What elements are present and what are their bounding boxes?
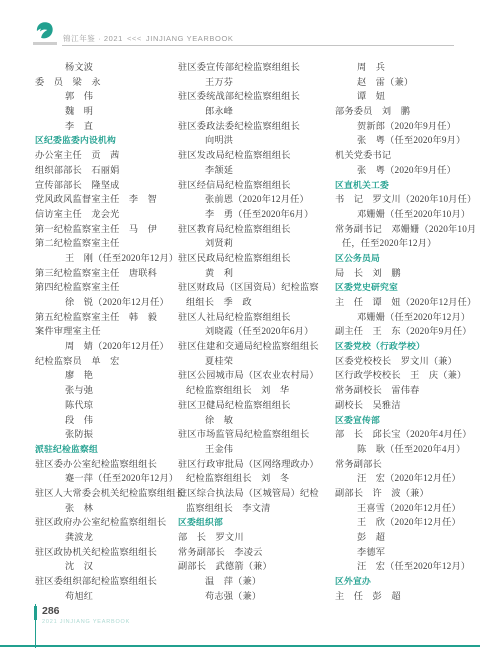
entry-line: 郭 伟	[35, 89, 187, 104]
section-heading: 派驻纪检监察组	[35, 442, 187, 457]
entry-line: 驻区行政审批局（区网络理政办）	[178, 457, 334, 472]
entry-line: 杨文波	[35, 60, 187, 75]
footer-caption: 2021 JINJIANG YEARBOOK	[42, 619, 130, 625]
text-column-right: 周 兵赵 雷（兼）谭 妞部务委员 刘 鹏贺新郎（2020年9月任）张 粤（任至2…	[335, 60, 475, 603]
entry-line: 邓姗姗（任至2020年12月）	[335, 310, 475, 325]
entry-line: 驻区公园城市局（区农业农村局）	[178, 368, 334, 383]
entry-line: 李 勇（任至2020年6月）	[178, 207, 334, 222]
entry-line: 驻区教育局纪检监察组组长	[178, 222, 334, 237]
entry-line: 汪 宏（任至2020年12月）	[335, 559, 475, 574]
header-title-zh: 锦江年鉴 · 2021	[63, 34, 123, 43]
entry-line: 温 萍（兼）	[178, 574, 334, 589]
entry-line: 驻区委政法委纪检监察组组长	[178, 119, 334, 134]
text-column-left: 杨文波委 员 梁 永郭 伟魏 明李 直区纪委监委内设机构办公室主任 贡 茜组织部…	[35, 60, 187, 603]
entry-line: 张与弛	[35, 383, 187, 398]
entry-line: 王 刚（任至2020年12月）	[35, 251, 187, 266]
entry-line: 部 长 罗文川	[178, 530, 334, 545]
entry-line: 党风政风监督室主任 李 智	[35, 192, 187, 207]
entry-line: 监察组组长 李文清	[178, 501, 334, 516]
page-number-bar	[34, 606, 37, 620]
entry-line: 驻区委办公室纪检监察组组长	[35, 457, 187, 472]
section-heading: 区外宣办	[335, 574, 475, 589]
entry-line: 驻区民政局纪检监察组组长	[178, 251, 334, 266]
entry-line: 区行政学校校长 王 庆（兼）	[335, 368, 475, 383]
entry-line: 段 伟	[35, 413, 187, 428]
entry-line: 贺新郎（2020年9月任）	[335, 119, 475, 134]
entry-line: 组组长 季 政	[178, 295, 334, 310]
header-rule	[62, 45, 454, 46]
entry-line: 徐 敏	[178, 413, 334, 428]
entry-line: 龚波龙	[35, 530, 187, 545]
entry-line: 驻区政协机关纪检监察组组长	[35, 545, 187, 560]
entry-line: 陈代琼	[35, 398, 187, 413]
entry-line: 纪检监察组组长 刘 华	[178, 383, 334, 398]
header-title-en: JINJIANG YEARBOOK	[146, 34, 234, 43]
entry-line: 第三纪检监察室主任 唐联科	[35, 266, 187, 281]
entry-line: 主 任 彭 超	[335, 589, 475, 604]
entry-line: 部 长 邱长宝（2020年4月任）	[335, 427, 475, 442]
entry-line: 黄 利	[178, 266, 334, 281]
entry-line: 第五纪检监察室主任 韩 毅	[35, 310, 187, 325]
entry-line: 驻区委统战部纪检监察组组长	[178, 89, 334, 104]
entry-line: 驻区财政局（区国资局）纪检监察	[178, 280, 334, 295]
entry-line: 张防振	[35, 427, 187, 442]
entry-line: 部务委员 刘 鹏	[335, 104, 475, 119]
entry-line: 彭 超	[335, 530, 475, 545]
entry-line: 刘贤莉	[178, 236, 334, 251]
entry-line: 王万芬	[178, 75, 334, 90]
entry-line: 赵 雷（兼）	[335, 75, 475, 90]
entry-line: 主 任 谭 妞（2020年12月任）	[335, 295, 475, 310]
entry-line: 副部长 武德箭（兼）	[178, 559, 334, 574]
page-header-title: 锦江年鉴 · 2021<<<JINJIANG YEARBOOK	[63, 33, 234, 44]
entry-line: 机关党委书记	[335, 148, 475, 163]
entry-line: 周 兵	[335, 60, 475, 75]
entry-line: 驻区委宣传部纪检监察组组长	[178, 60, 334, 75]
entry-line: 谭 妞	[335, 89, 475, 104]
entry-line: 汪 宏（2020年12月任）	[335, 471, 475, 486]
entry-line: 纪检监察员 单 宏	[35, 354, 187, 369]
section-heading: 区直机关工委	[335, 178, 475, 193]
entry-line: 委 员 梁 永	[35, 75, 187, 90]
entry-line: 驻区人社局纪检监察组组长	[178, 310, 334, 325]
entry-line: 王喜雪（2020年12月任）	[335, 501, 475, 516]
entry-line: 驻区政府办公室纪检监察组组长	[35, 515, 187, 530]
page-header: 锦江年鉴 · 2021<<<JINJIANG YEARBOOK	[0, 0, 480, 50]
entry-line: 案件审理室主任	[35, 324, 187, 339]
entry-line: 周 婧（2020年12月任）	[35, 339, 187, 354]
section-heading: 区纪委监委内设机构	[35, 133, 187, 148]
entry-line: 常务副部长 李凌云	[178, 545, 334, 560]
entry-line: 第四纪检监察室主任	[35, 280, 187, 295]
entry-line: 蹇一萍（任至2020年12月）	[35, 471, 187, 486]
entry-line: 纪检监察组组长 刘 冬	[178, 471, 334, 486]
entry-line: 驻区委组织部纪检监察组组长	[35, 574, 187, 589]
entry-line: 沈 汉	[35, 559, 187, 574]
entry-line: 张前恩（2020年12月任）	[178, 192, 334, 207]
entry-line: 魏 明	[35, 104, 187, 119]
section-heading: 区委党史研究室	[335, 280, 475, 295]
section-heading: 区委宣传部	[335, 413, 475, 428]
entry-line: 任，任至2020年12月）	[335, 236, 475, 251]
entry-line: 张 粤（任至2020年9月）	[335, 133, 475, 148]
entry-line: 驻区住建和交通局纪检监察组组长	[178, 339, 334, 354]
entry-line: 张 粤（2020年9月任）	[335, 163, 475, 178]
entry-line: 向明洪	[178, 133, 334, 148]
entry-line: 邓姗姗（任至2020年10月）	[335, 207, 475, 222]
entry-line: 郎永峰	[178, 104, 334, 119]
entry-line: 王 欣（2020年12月任）	[335, 515, 475, 530]
entry-line: 李颔延	[178, 163, 334, 178]
entry-line: 苟志强（兼）	[178, 589, 334, 604]
entry-line: 李德军	[335, 545, 475, 560]
entry-line: 宣传部部长 隆坚成	[35, 178, 187, 193]
section-heading: 区委组织部	[178, 515, 334, 530]
entry-line: 书 记 罗文川（2020年10月任）	[335, 192, 475, 207]
entry-line: 驻区市场监管局纪检监察组组长	[178, 427, 334, 442]
entry-line: 区委党校校长 罗文川（兼）	[335, 354, 475, 369]
entry-line: 刘晓霞（任至2020年6月）	[178, 324, 334, 339]
entry-line: 徐 锐（2020年12月任）	[35, 295, 187, 310]
entry-line: 驻区人大常委会机关纪检监察组组长	[35, 486, 187, 501]
header-title-separator: <<<	[127, 34, 142, 43]
entry-line: 局 长 刘 鹏	[335, 266, 475, 281]
page-number: 286	[42, 605, 60, 617]
entry-line: 张 林	[35, 501, 187, 516]
section-heading: 区委党校（行政学校）	[335, 339, 475, 354]
entry-line: 副部长 许 波（兼）	[335, 486, 475, 501]
entry-line: 王金伟	[178, 442, 334, 457]
entry-line: 副校长 吴雅洁	[335, 398, 475, 413]
entry-line: 第一纪检监察室主任 马 伊	[35, 222, 187, 237]
entry-line: 夏桂荣	[178, 354, 334, 369]
logo-caption	[33, 42, 57, 45]
entry-line: 廖 艳	[35, 368, 187, 383]
entry-line: 副主任 王 东（2020年9月任）	[335, 324, 475, 339]
entry-line: 苟旭红	[35, 589, 187, 604]
text-column-middle: 驻区委宣传部纪检监察组组长王万芬驻区委统战部纪检监察组组长郎永峰驻区委政法委纪检…	[178, 60, 334, 603]
entry-line: 第二纪检监察室主任	[35, 236, 187, 251]
entry-line: 常务副书记 邓姗姗（2020年10月	[335, 222, 475, 237]
yearbook-page: 锦江年鉴 · 2021<<<JINJIANG YEARBOOK 杨文波委 员 梁…	[0, 0, 480, 651]
entry-line: 驻区综合执法局（区城管局）纪检	[178, 486, 334, 501]
entry-line: 陈 耿（任至2020年4月）	[335, 442, 475, 457]
entry-line: 常务副校长 雷伟春	[335, 383, 475, 398]
entry-line: 办公室主任 贡 茜	[35, 148, 187, 163]
entry-line: 驻区卫健局纪检监察组组长	[178, 398, 334, 413]
page-bottom-rule	[0, 645, 480, 647]
entry-line: 驻区发改局纪检监察组组长	[178, 148, 334, 163]
entry-line: 信访室主任 龙会光	[35, 207, 187, 222]
entry-line: 李 直	[35, 119, 187, 134]
entry-line: 组织部部长 石丽娟	[35, 163, 187, 178]
section-heading: 区公务员局	[335, 251, 475, 266]
entry-line: 常务副部长	[335, 457, 475, 472]
yearbook-logo-icon	[34, 20, 56, 42]
entry-line: 驻区经信局纪检监察组组长	[178, 178, 334, 193]
